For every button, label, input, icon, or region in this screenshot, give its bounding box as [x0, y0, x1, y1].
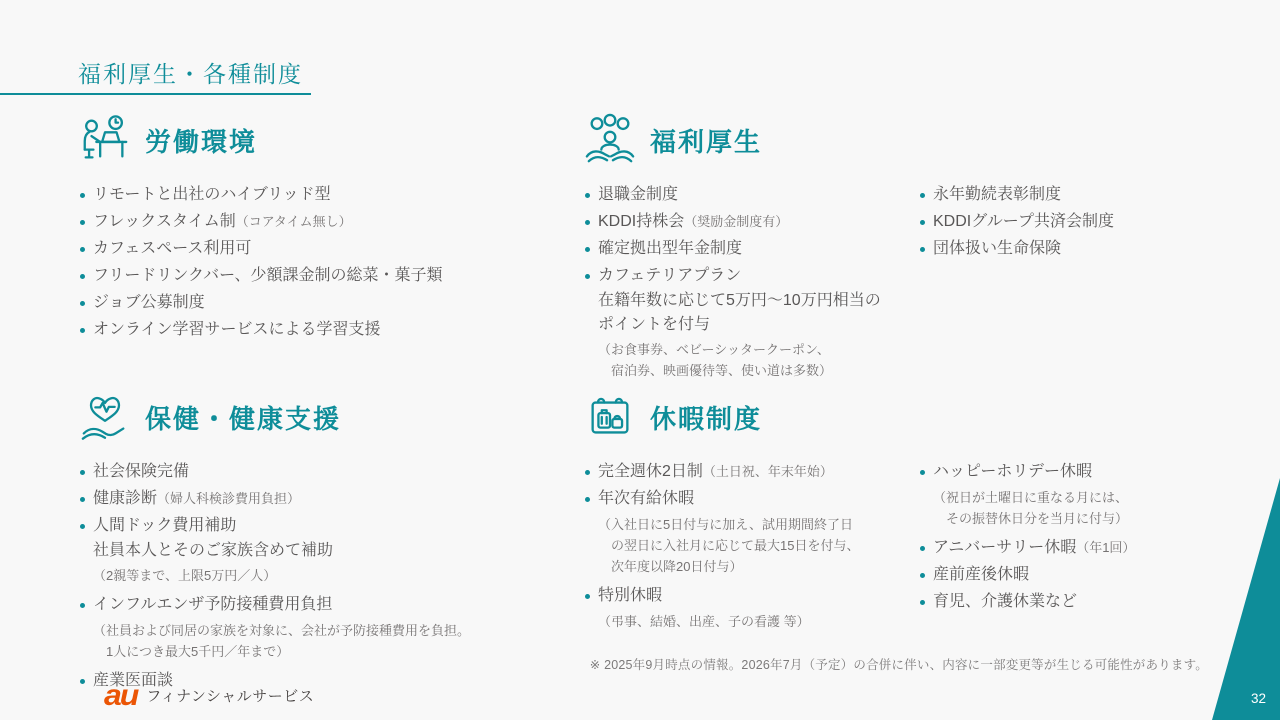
benefit-list: 退職金制度KDDI持株会（奨励金制度有）確定拠出型年金制度カフェテリアプラン在籍…: [583, 181, 918, 386]
bullet-item: KDDI持株会（奨励金制度有）: [583, 208, 918, 235]
bullet-item: 永年勤続表彰制度: [918, 181, 1253, 208]
bullet-text: KDDI持株会: [598, 213, 684, 230]
bullet-line: インフルエンザ予防接種費用負担: [93, 591, 568, 618]
bullet-line: 健康診断（婦人科検診費用負担）: [93, 485, 568, 512]
benefit-list: 完全週休2日制（土日祝、年末年始）年次有給休暇（入社日に5日付与に加え、試用期間…: [583, 458, 918, 637]
bullet-item: 育児、介護休業など: [918, 588, 1253, 615]
bullet-line: リモートと出社のハイブリッド型: [93, 181, 548, 208]
bullet-text: カフェテリアプラン: [598, 267, 741, 284]
bullet-line: カフェスペース利用可: [93, 235, 548, 262]
section-work-environment: 労働環境 リモートと出社のハイブリッド型フレックスタイム制（コアタイム無し）カフ…: [78, 112, 548, 343]
bullet-inline-note: （土日祝、年末年始）: [703, 464, 833, 479]
bullet-item: アニバーサリー休暇（年1回）: [918, 534, 1253, 561]
bullet-subnote: （2親等まで、上限5万円／人）: [106, 565, 568, 586]
bullet-subnote-block: （2親等まで、上限5万円／人）: [93, 565, 568, 586]
bullet-line: オンライン学習サービスによる学習支援: [93, 316, 548, 343]
bullet-text: 確定拠出型年金制度: [598, 240, 742, 257]
bullet-text: ハッピーホリデー休暇: [933, 463, 1092, 480]
bullet-continuation: 在籍年数に応じて5万円～10万円相当の: [598, 289, 918, 313]
bullet-item: 産前産後休暇: [918, 561, 1253, 588]
bullet-text: アニバーサリー休暇: [933, 539, 1076, 556]
bullet-subnote: その振替休日分を当月に付与）: [946, 508, 1253, 529]
bullet-line: 団体扱い生命保険: [933, 235, 1253, 262]
logo-company-name: フィナンシャルサービス: [146, 685, 314, 708]
bullet-text: オンライン学習サービスによる学習支援: [93, 321, 381, 338]
bullet-item: 人間ドック費用補助社員本人とそのご家族含めて補助（2親等まで、上限5万円／人）: [78, 512, 568, 586]
benefit-list: リモートと出社のハイブリッド型フレックスタイム制（コアタイム無し）カフェスペース…: [78, 181, 548, 343]
bullet-item: ハッピーホリデー休暇（祝日が土曜日に重なる月には、その振替休日分を当月に付与）: [918, 458, 1253, 529]
bullet-line: 育児、介護休業など: [933, 588, 1253, 615]
bullet-text: 社会保険完備: [93, 463, 189, 480]
bullet-item: 団体扱い生命保険: [918, 235, 1253, 262]
bullet-inline-note: （年1回）: [1076, 540, 1135, 555]
bullet-text: 団体扱い生命保険: [933, 240, 1061, 257]
bullet-item: インフルエンザ予防接種費用負担（社員および同居の家族を対象に、会社が予防接種費用…: [78, 591, 568, 662]
bullet-text: 特別休暇: [598, 587, 662, 604]
bullet-text: フレックスタイム制: [93, 213, 236, 230]
desk-worker-clock-icon: [78, 113, 132, 167]
bullet-line: 確定拠出型年金制度: [598, 235, 918, 262]
bullet-item: 年次有給休暇（入社日に5日付与に加え、試用期間終了日の翌日に入社月に応じて最大1…: [583, 485, 918, 577]
bullet-line: ハッピーホリデー休暇: [933, 458, 1253, 485]
title-underline: [0, 93, 311, 95]
page-title: 福利厚生・各種制度: [78, 56, 303, 89]
section-header: 保健・健康支援: [78, 389, 568, 445]
bullet-text: KDDIグループ共済会制度: [933, 213, 1114, 230]
section-title: 保健・健康支援: [145, 399, 341, 436]
bullet-line: KDDI持株会（奨励金制度有）: [598, 208, 918, 235]
page-number: 32: [1251, 691, 1266, 706]
section-body: リモートと出社のハイブリッド型フレックスタイム制（コアタイム無し）カフェスペース…: [78, 181, 548, 343]
section-body: 退職金制度KDDI持株会（奨励金制度有）確定拠出型年金制度カフェテリアプラン在籍…: [583, 181, 1253, 386]
bullet-item: 社会保険完備: [78, 458, 568, 485]
bullet-subnote: （入社日に5日付与に加え、試用期間終了日: [611, 514, 918, 535]
bullet-text: 永年勤続表彰制度: [933, 186, 1061, 203]
bullet-line: カフェテリアプラン: [598, 262, 918, 289]
bullet-item: ジョブ公募制度: [78, 289, 548, 316]
bullet-item: カフェテリアプラン在籍年数に応じて5万円～10万円相当のポイントを付与（お食事券…: [583, 262, 918, 381]
bullet-continuation: 社員本人とそのご家族含めて補助: [93, 539, 568, 563]
section-leave-system: 休暇制度 完全週休2日制（土日祝、年末年始）年次有給休暇（入社日に5日付与に加え…: [583, 389, 1253, 637]
bullet-item: カフェスペース利用可: [78, 235, 548, 262]
section-health-support: 保健・健康支援 社会保険完備健康診断（婦人科検診費用負担）人間ドック費用補助社員…: [78, 389, 568, 694]
bullet-item: リモートと出社のハイブリッド型: [78, 181, 548, 208]
bullet-item: 完全週休2日制（土日祝、年末年始）: [583, 458, 918, 485]
bullet-item: フレックスタイム制（コアタイム無し）: [78, 208, 548, 235]
bullet-subnote-block: （お食事券、ベビーシッタークーポン、宿泊券、映画優待等、使い道は多数）: [598, 339, 918, 381]
bullet-item: 健康診断（婦人科検診費用負担）: [78, 485, 568, 512]
bullet-text: 育児、介護休業など: [933, 593, 1077, 610]
bullet-item: KDDIグループ共済会制度: [918, 208, 1253, 235]
bullet-line: フリードリンクバー、少額課金制の総菜・菓子類: [93, 262, 548, 289]
bullet-item: 退職金制度: [583, 181, 918, 208]
bullet-subnote-block: （入社日に5日付与に加え、試用期間終了日の翌日に入社月に応じて最大15日を付与、…: [598, 514, 918, 577]
bullet-inline-note: （奨励金制度有）: [684, 214, 788, 229]
bullet-inline-note: （婦人科検診費用負担）: [157, 491, 300, 506]
section-welfare: 福利厚生 退職金制度KDDI持株会（奨励金制度有）確定拠出型年金制度カフェテリア…: [583, 112, 1253, 386]
person-hands-coins-icon: [583, 113, 637, 167]
bullet-text: 完全週休2日制: [598, 463, 703, 480]
bullet-text: フリードリンクバー、少額課金制の総菜・菓子類: [93, 267, 442, 284]
vacation-calendar-luggage-icon: [583, 390, 637, 444]
bullet-subnote: の翌日に入社月に応じて最大15日を付与、: [611, 535, 918, 556]
bullet-text: カフェスペース利用可: [93, 240, 251, 257]
bullet-subnote: 次年度以降20日付与）: [611, 556, 918, 577]
bullet-line: フレックスタイム制（コアタイム無し）: [93, 208, 548, 235]
bullet-text: 退職金制度: [598, 186, 678, 203]
benefit-list: 社会保険完備健康診断（婦人科検診費用負担）人間ドック費用補助社員本人とそのご家族…: [78, 458, 568, 694]
section-title: 休暇制度: [650, 399, 762, 436]
bullet-text: リモートと出社のハイブリッド型: [93, 186, 331, 203]
au-logo: au: [104, 683, 137, 707]
bullet-line: 年次有給休暇: [598, 485, 918, 512]
hand-heart-pulse-icon: [78, 390, 132, 444]
bullet-line: 特別休暇: [598, 582, 918, 609]
bullet-subnote: （弔事、結婚、出産、子の看護 等）: [611, 611, 918, 632]
bullet-line: 永年勤続表彰制度: [933, 181, 1253, 208]
bullet-line: 産前産後休暇: [933, 561, 1253, 588]
benefit-list: 永年勤続表彰制度KDDIグループ共済会制度団体扱い生命保険: [918, 181, 1253, 386]
bullet-line: アニバーサリー休暇（年1回）: [933, 534, 1253, 561]
benefit-list: ハッピーホリデー休暇（祝日が土曜日に重なる月には、その振替休日分を当月に付与）ア…: [918, 458, 1253, 637]
bullet-text: 産前産後休暇: [933, 566, 1029, 583]
bullet-item: オンライン学習サービスによる学習支援: [78, 316, 548, 343]
bullet-subnote: （祝日が土曜日に重なる月には、: [946, 487, 1253, 508]
section-title: 福利厚生: [650, 122, 762, 159]
bullet-subnote-block: （弔事、結婚、出産、子の看護 等）: [598, 611, 918, 632]
bullet-inline-note: （コアタイム無し）: [236, 214, 352, 229]
bullet-line: ジョブ公募制度: [93, 289, 548, 316]
bullet-line: 社会保険完備: [93, 458, 568, 485]
bullet-line: 完全週休2日制（土日祝、年末年始）: [598, 458, 918, 485]
footnote: ※ 2025年9月時点の情報。2026年7月（予定）の合併に伴い、内容に一部変更…: [590, 655, 1208, 673]
bullet-text: 人間ドック費用補助: [93, 517, 236, 534]
section-header: 福利厚生: [583, 112, 1253, 168]
section-header: 休暇制度: [583, 389, 1253, 445]
bullet-subnote: 宿泊券、映画優待等、使い道は多数）: [611, 360, 918, 381]
bullet-text: 健康診断: [93, 490, 157, 507]
bullet-text: インフルエンザ予防接種費用負担: [93, 596, 332, 613]
bullet-subnote: （社員および同居の家族を対象に、会社が予防接種費用を負担。: [106, 620, 568, 641]
bullet-subnote-block: （祝日が土曜日に重なる月には、その振替休日分を当月に付与）: [933, 487, 1253, 529]
bullet-subnote: （お食事券、ベビーシッタークーポン、: [611, 339, 918, 360]
section-header: 労働環境: [78, 112, 548, 168]
section-body: 社会保険完備健康診断（婦人科検診費用負担）人間ドック費用補助社員本人とそのご家族…: [78, 458, 568, 694]
section-body: 完全週休2日制（土日祝、年末年始）年次有給休暇（入社日に5日付与に加え、試用期間…: [583, 458, 1253, 637]
bullet-item: 確定拠出型年金制度: [583, 235, 918, 262]
bullet-line: 退職金制度: [598, 181, 918, 208]
bullet-item: 特別休暇（弔事、結婚、出産、子の看護 等）: [583, 582, 918, 632]
section-title: 労働環境: [145, 122, 257, 159]
bullet-text: ジョブ公募制度: [93, 294, 205, 311]
brand-logo: au フィナンシャルサービス: [104, 682, 314, 708]
bullet-continuation: ポイントを付与: [598, 313, 918, 337]
bullet-text: 年次有給休暇: [598, 490, 694, 507]
bullet-line: KDDIグループ共済会制度: [933, 208, 1253, 235]
bullet-subnote: 1人につき最大5千円／年まで）: [106, 641, 568, 662]
bullet-line: 人間ドック費用補助: [93, 512, 568, 539]
bullet-item: フリードリンクバー、少額課金制の総菜・菓子類: [78, 262, 548, 289]
bullet-subnote-block: （社員および同居の家族を対象に、会社が予防接種費用を負担。1人につき最大5千円／…: [93, 620, 568, 662]
